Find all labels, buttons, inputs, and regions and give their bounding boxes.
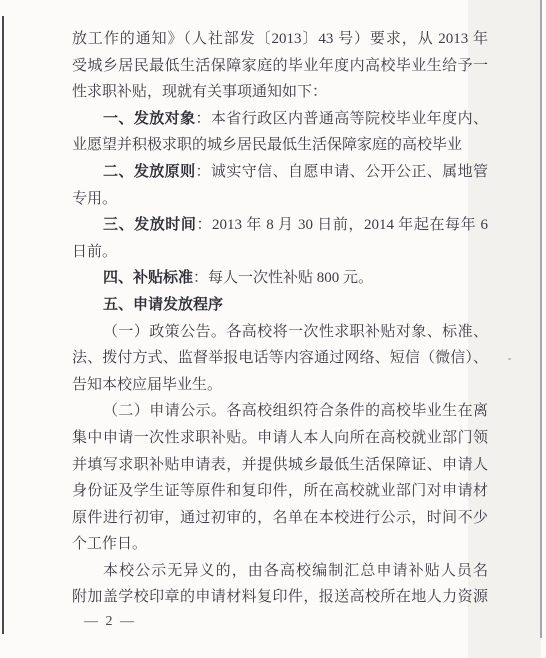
- doc-line: 业愿望并积极求职的城乡居民最低生活保障家庭的高校毕业生。: [72, 132, 488, 159]
- text-run: 并填写求职补贴申请表，并提供城乡最低生活保障证、申请人本人: [72, 457, 488, 479]
- text-run: 身份证及学生证等原件和复印件，所在高校就业部门对申请材料: [72, 483, 488, 505]
- doc-line: 附加盖学校印章的申请材料复印件，报送高校所在地人力资源社: [72, 584, 488, 611]
- doc-line: 告知本校应届毕业生。: [72, 372, 488, 399]
- doc-line: 受城乡居民最低生活保障家庭的毕业年度内高校毕业生给予一次: [72, 53, 488, 80]
- doc-line: 专用。: [72, 186, 488, 213]
- page-number: — 2 —: [84, 614, 136, 630]
- document-body: 放工作的通知》（人社部发〔2013〕43 号）要求，从 2013 年起，对享 受…: [72, 26, 488, 611]
- text-run: 告知本校应届毕业生。: [72, 377, 222, 393]
- text-run: （一）政策公告。各高校将一次性求职补贴对象、标准、申请办: [103, 324, 488, 346]
- heading-run: 二、发放原则: [103, 163, 196, 180]
- text-run: 附加盖学校印章的申请材料复印件，报送高校所在地人力资源社: [72, 589, 488, 611]
- text-run: 放工作的通知》（人社部发〔2013〕43 号）要求，从 2013 年起，对享: [72, 31, 488, 53]
- doc-line: 五、申请发放程序: [72, 292, 488, 319]
- scan-right-edge-line: [540, 0, 542, 638]
- doc-line: 日前。: [72, 239, 488, 266]
- heading-run: 四、补贴标准: [103, 269, 193, 286]
- scan-left-edge-line: [2, 16, 4, 634]
- doc-line: 并填写求职补贴申请表，并提供城乡最低生活保障证、申请人本人: [72, 452, 488, 479]
- text-run: 专用。: [72, 191, 117, 207]
- text-run: 本校公示无异义的，由各高校编制汇总申请补贴人员名册，并: [103, 563, 488, 585]
- heading-run: 三、发放时间: [103, 216, 196, 233]
- doc-line: 集中申请一次性求职补贴。申请人本人向所在高校就业部门领取: [72, 425, 488, 452]
- doc-line: 法、拨付方式、监督举报电话等内容通过网络、短信（微信）、公告等: [72, 345, 488, 372]
- doc-line: 身份证及学生证等原件和复印件，所在高校就业部门对申请材料: [72, 478, 488, 505]
- text-run: 原件进行初审，通过初审的，名单在本校进行公示，时间不少于 5: [72, 510, 488, 532]
- scan-speck: [508, 358, 511, 360]
- text-run: 业愿望并积极求职的城乡居民最低生活保障家庭的高校毕业生。: [72, 137, 462, 159]
- text-run: （二）申请公示。各高校组织符合条件的高校毕业生在离校前: [103, 403, 488, 425]
- text-run: 法、拨付方式、监督举报电话等内容通过网络、短信（微信）、公告等: [72, 350, 488, 372]
- doc-line: 一、发放对象：本省行政区内普通高等院校毕业年度内、有就: [72, 106, 488, 133]
- text-run: 个工作日。: [72, 536, 147, 552]
- doc-line: （二）申请公示。各高校组织符合条件的高校毕业生在离校前: [72, 398, 488, 425]
- text-run: 受城乡居民最低生活保障家庭的毕业年度内高校毕业生给予一次: [72, 58, 488, 80]
- text-run: 集中申请一次性求职补贴。申请人本人向所在高校就业部门领取: [72, 430, 488, 452]
- doc-line: 四、补贴标准：每人一次性补贴 800 元。: [72, 265, 488, 292]
- doc-line: 放工作的通知》（人社部发〔2013〕43 号）要求，从 2013 年起，对享: [72, 26, 488, 53]
- text-run: ：每人一次性补贴 800 元。: [193, 270, 373, 286]
- doc-line: 二、发放原则：诚实守信、自愿申请、公开公正、属地管理、专款: [72, 159, 488, 186]
- text-run: 性求职补贴，现就有关事项通知如下：: [72, 84, 327, 100]
- text-run: 日前。: [72, 244, 117, 260]
- scanned-document-page: 放工作的通知》（人社部发〔2013〕43 号）要求，从 2013 年起，对享 受…: [0, 0, 546, 658]
- heading-run: 五、申请发放程序: [103, 296, 223, 313]
- doc-line: （一）政策公告。各高校将一次性求职补贴对象、标准、申请办: [72, 319, 488, 346]
- doc-line: 原件进行初审，通过初审的，名单在本校进行公示，时间不少于 5: [72, 505, 488, 532]
- doc-line: 性求职补贴，现就有关事项通知如下：: [72, 79, 488, 106]
- doc-line: 本校公示无异义的，由各高校编制汇总申请补贴人员名册，并: [72, 558, 488, 585]
- heading-run: 一、发放对象: [103, 110, 196, 127]
- doc-line: 三、发放时间：2013 年 8 月 30 日前，2014 年起在每年 6 月 3…: [72, 212, 488, 239]
- doc-line: 个工作日。: [72, 531, 488, 558]
